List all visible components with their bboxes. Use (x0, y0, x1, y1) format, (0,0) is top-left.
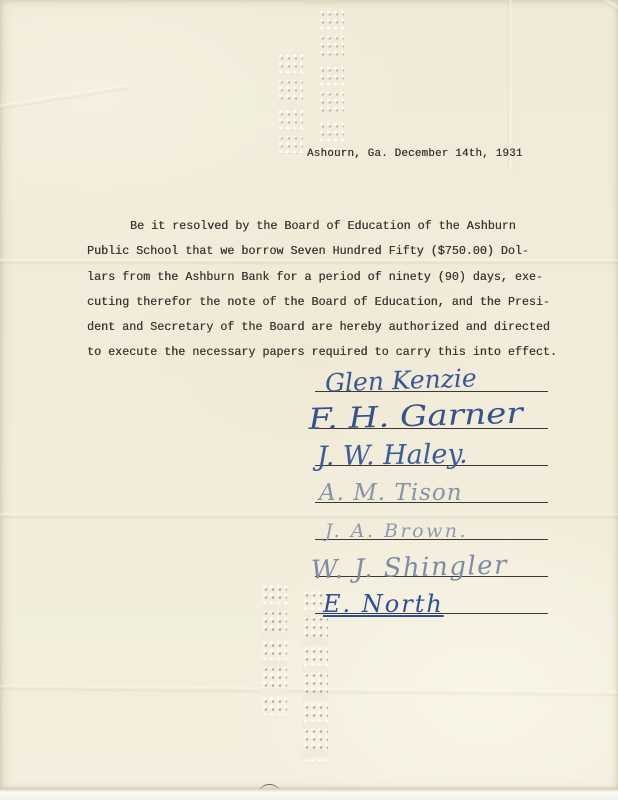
body-line: Public School that we borrow Seven Hundr… (87, 239, 577, 264)
scanned-document-page: Ashourn, Ga. December 14th, 1931 Be it r… (0, 0, 618, 800)
fold-crease (0, 513, 618, 519)
perforation-column (261, 583, 287, 715)
perforation-column (277, 52, 303, 154)
signature: Glen Kenzie (325, 363, 478, 397)
perforation-dots-top (277, 8, 344, 154)
perforation-column (318, 8, 344, 154)
body-line: cuting therefor the note of the Board of… (87, 290, 577, 315)
signature: J. A. Brown. (325, 520, 468, 542)
signature-row: A. M. Tison (315, 502, 548, 503)
signature-row: J. W. Haley. (315, 465, 548, 466)
signature: A. M. Tison (319, 480, 463, 506)
signature-row: Glen Kenzie (315, 391, 548, 392)
signature-row: E. North (315, 613, 548, 614)
resolution-text: Be it resolved by the Board of Education… (87, 214, 577, 366)
body-line: lars from the Ashburn Bank for a period … (87, 265, 577, 290)
fold-crease (547, 0, 618, 26)
signature-row: J. A. Brown. (315, 539, 548, 540)
body-line: to execute the necessary papers required… (87, 340, 577, 365)
signature-row: F. H. Garner (315, 428, 548, 429)
signature: F. H. Garner (308, 396, 524, 436)
signature: J. W. Haley. (317, 439, 468, 473)
fold-crease (0, 84, 129, 112)
perforation-dots-bottom (261, 583, 328, 761)
signature-row: W. J. Shingler (315, 576, 548, 577)
scanner-background (0, 789, 618, 800)
body-line: Be it resolved by the Board of Education… (87, 214, 577, 239)
paper-sheet: Ashourn, Ga. December 14th, 1931 Be it r… (0, 0, 618, 790)
body-line: dent and Secretary of the Board are here… (87, 315, 577, 340)
dateline: Ashourn, Ga. December 14th, 1931 (307, 148, 523, 160)
signature: W. J. Shingler (311, 550, 509, 585)
fold-crease (508, 0, 513, 170)
signature: E. North (323, 590, 444, 618)
